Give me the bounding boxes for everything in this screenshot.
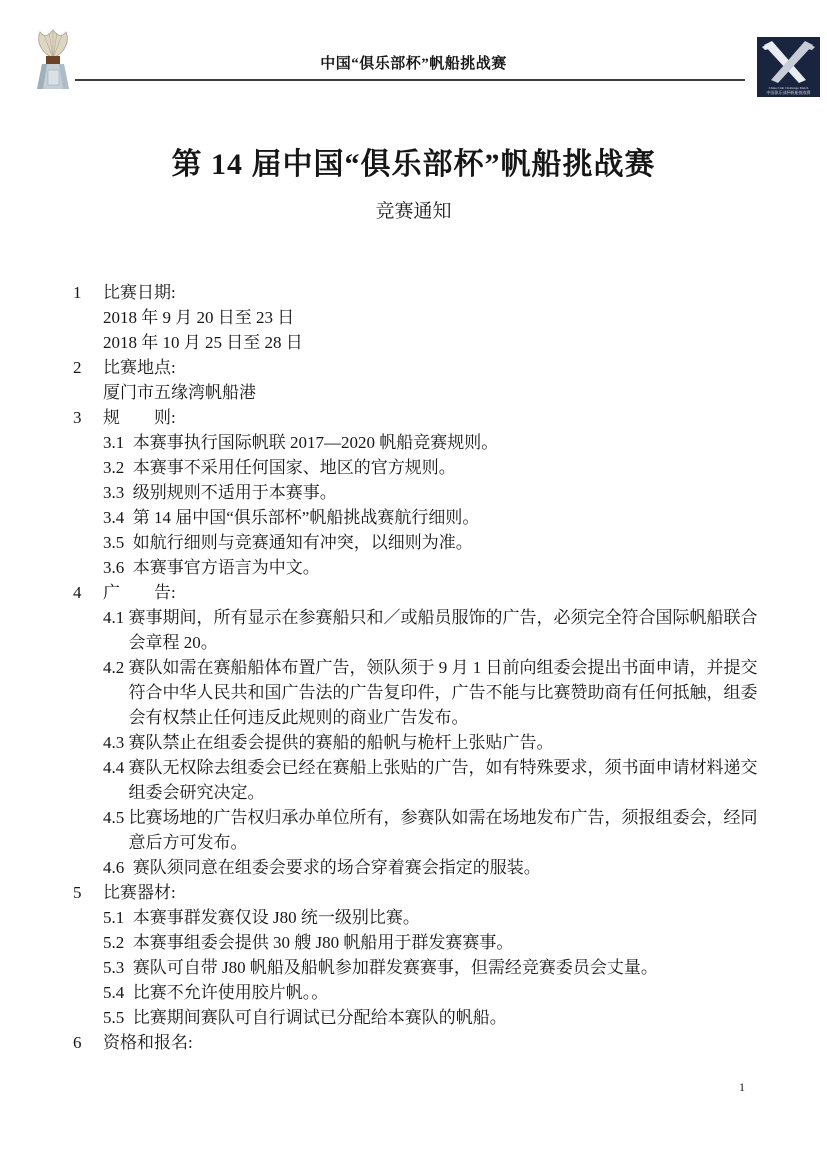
item-text: 本赛事不采用任何国家、地区的官方规则。 — [133, 455, 768, 480]
list-item: 4.1 赛事期间，所有显示在参赛船只和／或船员服饰的广告，必须完全符合国际帆船联… — [103, 605, 768, 655]
list-item: 4.5 比赛场地的广告权归承办单位所有，参赛队如需在场地发布广告，须报组委会，经… — [103, 805, 768, 855]
section-heading: 4 广 告: — [73, 580, 768, 605]
list-item: 3.2 本赛事不采用任何国家、地区的官方规则。 — [103, 455, 768, 480]
item-text: 比赛场地的广告权归承办单位所有，参赛队如需在场地发布广告，须报组委会，经同 意后… — [129, 805, 769, 855]
section-number: 4 — [73, 580, 103, 605]
section-4: 4 广 告: 4.1 赛事期间，所有显示在参赛船只和／或船员服饰的广告，必须完全… — [73, 580, 768, 880]
list-item: 3.3 级别规则不适用于本赛事。 — [103, 480, 768, 505]
item-text: 赛事期间，所有显示在参赛船只和／或船员服饰的广告，必须完全符合国际帆船联合 会章… — [129, 605, 769, 655]
item-text: 级别规则不适用于本赛事。 — [133, 480, 768, 505]
item-text: 2018 年 9 月 20 日至 23 日 — [103, 305, 768, 330]
section-heading: 6 资格和报名: — [73, 1030, 768, 1055]
section-2: 2 比赛地点: 厦门市五缘湾帆船港 — [73, 355, 768, 405]
list-item: 3.4 第 14 届中国“俱乐部杯”帆船挑战赛航行细则。 — [103, 505, 768, 530]
header-title: 中国“俱乐部杯”帆船挑战赛 — [0, 52, 827, 73]
item-number: 3.4 — [103, 505, 133, 530]
item-text: 第 14 届中国“俱乐部杯”帆船挑战赛航行细则。 — [133, 505, 768, 530]
list-item: 3.6 本赛事官方语言为中文。 — [103, 555, 768, 580]
section-3: 3 规 则: 3.1 本赛事执行国际帆联 2017—2020 帆船竞赛规则。 3… — [73, 405, 768, 580]
item-text: 赛队如需在赛船船体布置广告，领队须于 9 月 1 日前向组委会提出书面申请，并提… — [129, 655, 769, 730]
section-heading: 3 规 则: — [73, 405, 768, 430]
document-body: 1 比赛日期: 2018 年 9 月 20 日至 23 日 2018 年 10 … — [73, 280, 768, 1055]
item-text: 本赛事群发赛仅设 J80 统一级别比赛。 — [133, 905, 768, 930]
item-number: 5.5 — [103, 1005, 133, 1030]
list-item: 5.1 本赛事群发赛仅设 J80 统一级别比赛。 — [103, 905, 768, 930]
list-item: 5.5 比赛期间赛队可自行调试已分配给本赛队的帆船。 — [103, 1005, 768, 1030]
list-item: 4.3 赛队禁止在组委会提供的赛船的船帆与桅杆上张贴广告。 — [103, 730, 768, 755]
item-number: 5.4 — [103, 980, 133, 1005]
item-number: 4.5 — [103, 805, 129, 855]
document-page: 中国“俱乐部杯”帆船挑战赛 China Club Challenge Match… — [0, 0, 827, 1169]
item-text: 比赛期间赛队可自行调试已分配给本赛队的帆船。 — [133, 1005, 768, 1030]
section-title: 比赛器材: — [103, 880, 176, 905]
section-title: 比赛地点: — [103, 355, 176, 380]
section-title: 比赛日期: — [103, 280, 176, 305]
item-text: 赛队无权除去组委会已经在赛船上张贴的广告，如有特殊要求，须书面申请材料递交 组委… — [129, 755, 769, 805]
list-item: 厦门市五缘湾帆船港 — [103, 380, 768, 405]
item-number: 3.6 — [103, 555, 133, 580]
item-text: 赛队须同意在组委会要求的场合穿着赛会指定的服装。 — [133, 855, 768, 880]
section-number: 1 — [73, 280, 103, 305]
list-item: 4.2 赛队如需在赛船船体布置广告，领队须于 9 月 1 日前向组委会提出书面申… — [103, 655, 768, 730]
section-number: 3 — [73, 405, 103, 430]
item-number: 4.6 — [103, 855, 133, 880]
club-logo-caption-zh: 中国俱乐部杯帆船挑战赛 — [767, 89, 811, 95]
section-number: 2 — [73, 355, 103, 380]
list-item: 2018 年 10 月 25 日至 28 日 — [103, 330, 768, 355]
document-subtitle: 竞赛通知 — [0, 196, 827, 223]
item-text: 如航行细则与竞赛通知有冲突，以细则为准。 — [133, 530, 768, 555]
item-number: 5.3 — [103, 955, 133, 980]
section-heading: 2 比赛地点: — [73, 355, 768, 380]
item-text: 本赛事执行国际帆联 2017—2020 帆船竞赛规则。 — [133, 430, 768, 455]
list-item: 3.5 如航行细则与竞赛通知有冲突，以细则为准。 — [103, 530, 768, 555]
list-item: 5.3 赛队可自带 J80 帆船及船帆参加群发赛赛事，但需经竞赛委员会丈量。 — [103, 955, 768, 980]
header-rule — [75, 79, 745, 81]
item-text: 本赛事官方语言为中文。 — [133, 555, 768, 580]
section-title: 资格和报名: — [103, 1030, 193, 1055]
section-title: 广 告: — [103, 580, 176, 605]
item-number: 3.3 — [103, 480, 133, 505]
list-item: 5.4 比赛不允许使用胶片帆。。 — [103, 980, 768, 1005]
item-text: 2018 年 10 月 25 日至 28 日 — [103, 330, 768, 355]
list-item: 4.4 赛队无权除去组委会已经在赛船上张贴的广告，如有特殊要求，须书面申请材料递… — [103, 755, 768, 805]
section-number: 5 — [73, 880, 103, 905]
item-number: 3.5 — [103, 530, 133, 555]
club-logo: China Club Challenge Match 中国俱乐部杯帆船挑战赛 — [757, 37, 820, 97]
item-number: 5.1 — [103, 905, 133, 930]
item-number: 3.1 — [103, 430, 133, 455]
document-title: 第 14 届中国“俱乐部杯”帆船挑战赛 — [0, 139, 827, 183]
section-title: 规 则: — [103, 405, 176, 430]
item-number: 4.4 — [103, 755, 129, 805]
section-heading: 1 比赛日期: — [73, 280, 768, 305]
item-number: 4.1 — [103, 605, 129, 655]
section-1: 1 比赛日期: 2018 年 9 月 20 日至 23 日 2018 年 10 … — [73, 280, 768, 355]
item-text: 本赛事组委会提供 30 艘 J80 帆船用于群发赛赛事。 — [133, 930, 768, 955]
item-text: 赛队可自带 J80 帆船及船帆参加群发赛赛事，但需经竞赛委员会丈量。 — [133, 955, 768, 980]
item-text: 厦门市五缘湾帆船港 — [103, 380, 768, 405]
list-item: 2018 年 9 月 20 日至 23 日 — [103, 305, 768, 330]
list-item: 5.2 本赛事组委会提供 30 艘 J80 帆船用于群发赛赛事。 — [103, 930, 768, 955]
item-number: 4.2 — [103, 655, 129, 730]
section-heading: 5 比赛器材: — [73, 880, 768, 905]
page-number: 1 — [739, 1080, 745, 1095]
list-item: 3.1 本赛事执行国际帆联 2017—2020 帆船竞赛规则。 — [103, 430, 768, 455]
item-number: 5.2 — [103, 930, 133, 955]
section-number: 6 — [73, 1030, 103, 1055]
item-text: 比赛不允许使用胶片帆。。 — [133, 980, 768, 1005]
item-number: 4.3 — [103, 730, 129, 755]
item-number: 3.2 — [103, 455, 133, 480]
club-logo-graphic: China Club Challenge Match 中国俱乐部杯帆船挑战赛 — [757, 37, 820, 97]
section-6: 6 资格和报名: — [73, 1030, 768, 1055]
item-text: 赛队禁止在组委会提供的赛船的船帆与桅杆上张贴广告。 — [129, 730, 769, 755]
list-item: 4.6 赛队须同意在组委会要求的场合穿着赛会指定的服装。 — [103, 855, 768, 880]
section-5: 5 比赛器材: 5.1 本赛事群发赛仅设 J80 统一级别比赛。 5.2 本赛事… — [73, 880, 768, 1030]
